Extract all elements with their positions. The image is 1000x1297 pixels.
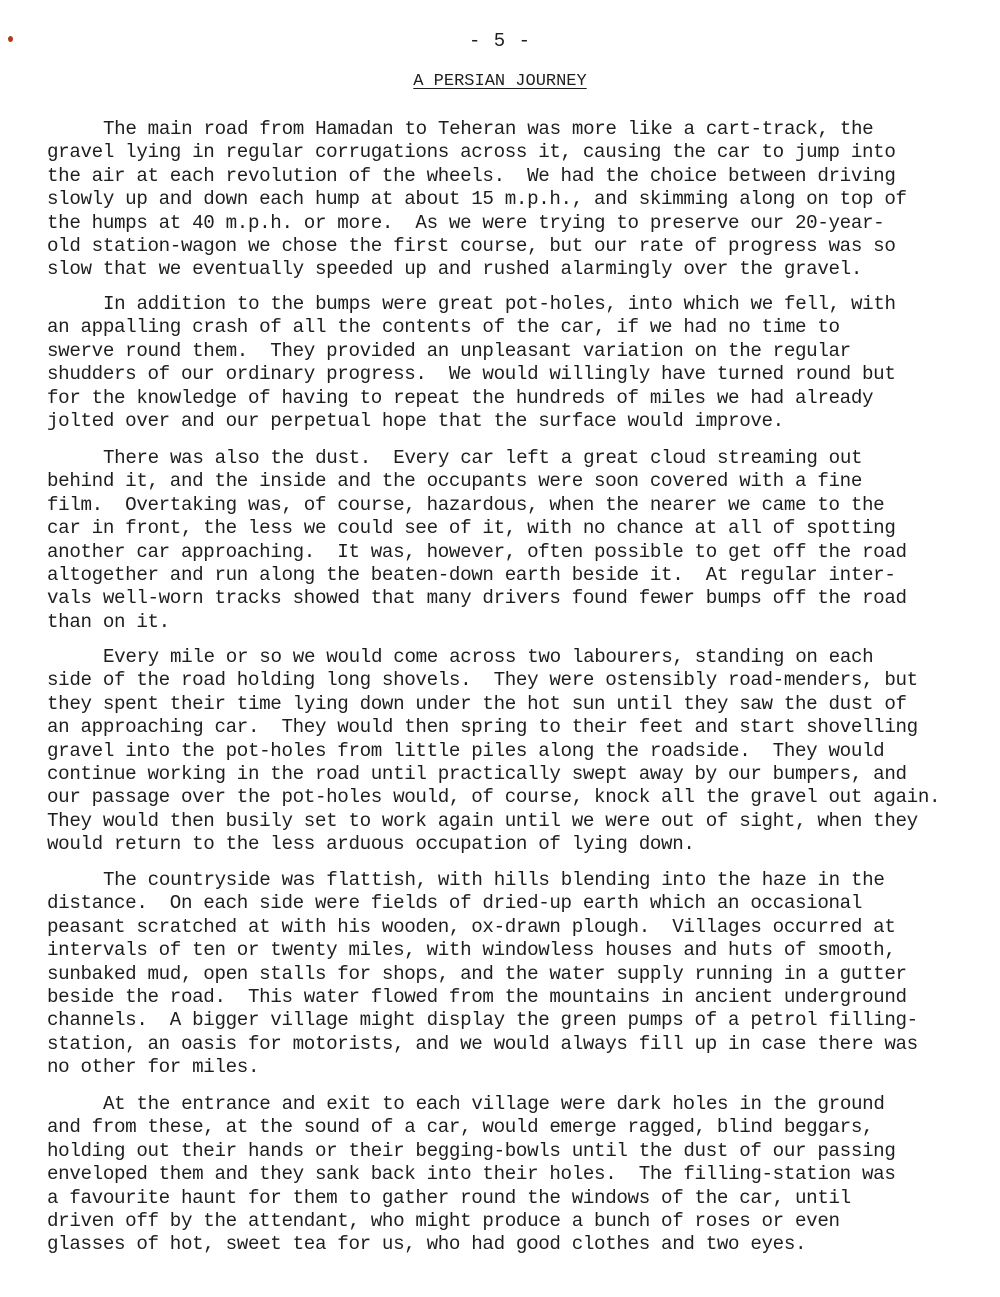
title-text: A PERSIAN JOURNEY [413, 72, 586, 91]
text-line: channels. A bigger village might display… [47, 1009, 977, 1032]
text-line: gravel into the pot-holes from little pi… [47, 740, 977, 763]
text-line: a favourite haunt for them to gather rou… [47, 1187, 977, 1210]
text-line: our passage over the pot-holes would, of… [47, 786, 977, 809]
paragraph: There was also the dust. Every car left … [47, 447, 977, 634]
text-line: jolted over and our perpetual hope that … [47, 410, 977, 433]
text-line: film. Overtaking was, of course, hazardo… [47, 494, 977, 517]
text-line: would return to the less arduous occupat… [47, 833, 977, 856]
text-line: The main road from Hamadan to Teheran wa… [47, 118, 977, 141]
text-line: At the entrance and exit to each village… [47, 1093, 977, 1116]
text-line: station, an oasis for motorists, and we … [47, 1033, 977, 1056]
text-line: no other for miles. [47, 1056, 977, 1079]
text-line: shudders of our ordinary progress. We wo… [47, 363, 977, 386]
text-line: intervals of ten or twenty miles, with w… [47, 939, 977, 962]
text-line: The countryside was flattish, with hills… [47, 869, 977, 892]
text-line: than on it. [47, 611, 977, 634]
text-line: distance. On each side were fields of dr… [47, 892, 977, 915]
text-line: side of the road holding long shovels. T… [47, 669, 977, 692]
text-line: an appalling crash of all the contents o… [47, 316, 977, 339]
paragraph: In addition to the bumps were great pot-… [47, 293, 977, 433]
text-line: the air at each revolution of the wheels… [47, 165, 977, 188]
text-line: slow that we eventually speeded up and r… [47, 258, 977, 281]
text-line: they spent their time lying down under t… [47, 693, 977, 716]
text-line: the humps at 40 m.p.h. or more. As we we… [47, 212, 977, 235]
text-line: There was also the dust. Every car left … [47, 447, 977, 470]
text-line: an approaching car. They would then spri… [47, 716, 977, 739]
text-line: another car approaching. It was, however… [47, 541, 977, 564]
paragraph: The main road from Hamadan to Teheran wa… [47, 118, 977, 282]
document-title: A PERSIAN JOURNEY [0, 72, 1000, 91]
text-line: vals well-worn tracks showed that many d… [47, 587, 977, 610]
paragraph: The countryside was flattish, with hills… [47, 869, 977, 1080]
text-line: old station-wagon we chose the first cou… [47, 235, 977, 258]
text-line: Every mile or so we would come across tw… [47, 646, 977, 669]
text-line: In addition to the bumps were great pot-… [47, 293, 977, 316]
text-line: car in front, the less we could see of i… [47, 517, 977, 540]
text-line: slowly up and down each hump at about 15… [47, 188, 977, 211]
text-line: peasant scratched at with his wooden, ox… [47, 916, 977, 939]
text-line: continue working in the road until pract… [47, 763, 977, 786]
paragraph: At the entrance and exit to each village… [47, 1093, 977, 1257]
text-line: swerve round them. They provided an unpl… [47, 340, 977, 363]
paragraph: Every mile or so we would come across tw… [47, 646, 977, 857]
text-line: altogether and run along the beaten-down… [47, 564, 977, 587]
text-line: driven off by the attendant, who might p… [47, 1210, 977, 1233]
text-line: beside the road. This water flowed from … [47, 986, 977, 1009]
text-line: for the knowledge of having to repeat th… [47, 387, 977, 410]
text-line: enveloped them and they sank back into t… [47, 1163, 977, 1186]
text-line: behind it, and the inside and the occupa… [47, 470, 977, 493]
text-line: and from these, at the sound of a car, w… [47, 1116, 977, 1139]
document-page: - 5 - A PERSIAN JOURNEY The main road fr… [0, 0, 1000, 1297]
text-line: They would then busily set to work again… [47, 810, 977, 833]
page-number: - 5 - [0, 30, 1000, 52]
text-line: glasses of hot, sweet tea for us, who ha… [47, 1233, 977, 1256]
text-line: sunbaked mud, open stalls for shops, and… [47, 963, 977, 986]
text-line: holding out their hands or their begging… [47, 1140, 977, 1163]
text-line: gravel lying in regular corrugations acr… [47, 141, 977, 164]
